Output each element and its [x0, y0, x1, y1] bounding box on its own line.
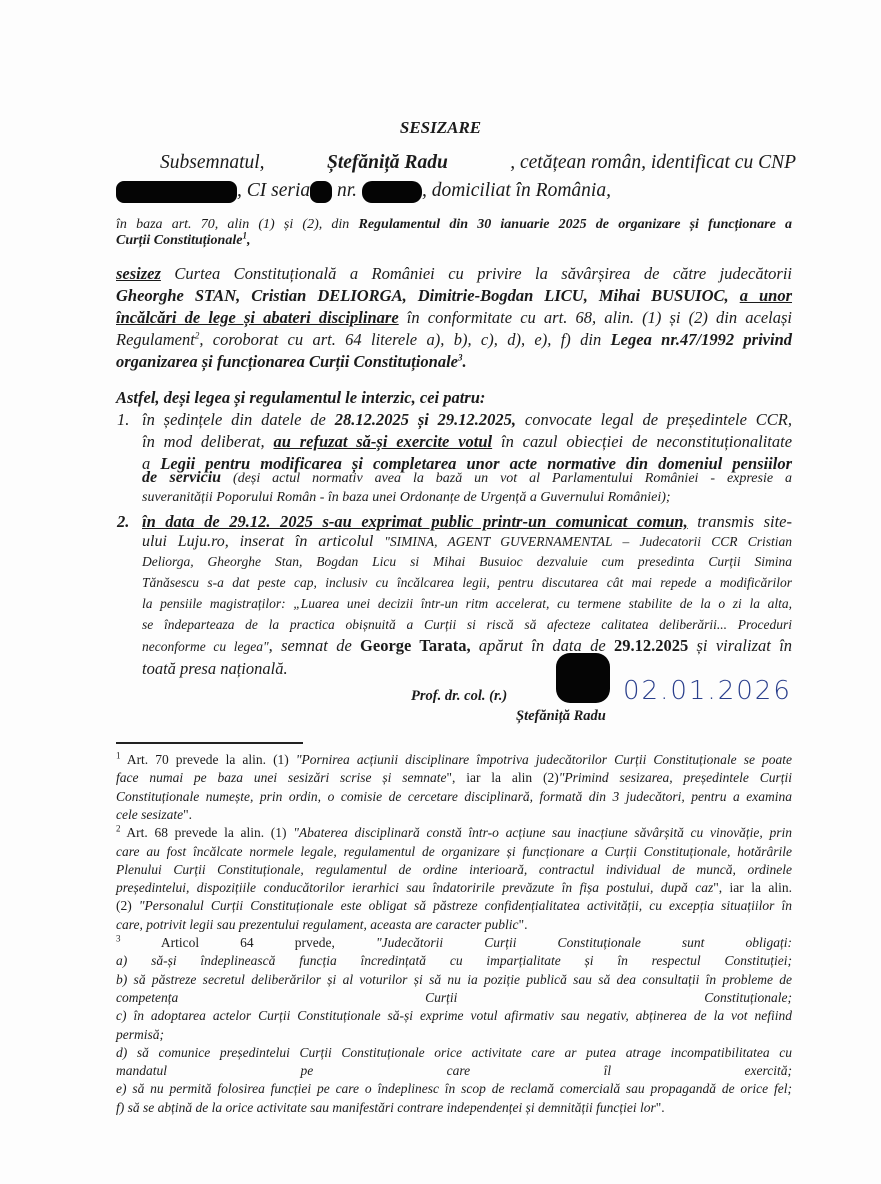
item-1-line-4: de serviciu (deși actul normativ avea la… [142, 469, 792, 487]
document-title: SESIZARE [0, 118, 881, 138]
item-2-number: 2. [117, 512, 129, 532]
judges-names: Gheorghe STAN, Cristian DELIORGA, Dimitr… [116, 286, 729, 305]
footnote-1-line: cele sesizate". [116, 807, 192, 823]
footnote-2-line: Plenului Curții Constituționale, regulam… [116, 862, 792, 878]
item-2-line-3: Deliorga, Gheorghe Stan, Bogdan Licu si … [142, 554, 792, 570]
footnote-1-line: 1 Art. 70 prevede la alin. (1) "Pornirea… [116, 752, 792, 768]
footnote-3-line: 3 Articol 64 prvede, "Judecătorii Curții… [116, 935, 792, 951]
footnote-3-line: permisă; [116, 1027, 792, 1043]
footnote-3-line: competența Curții Constituționale; [116, 990, 792, 1006]
footnote-1-line: Constituționale numește, prin ordin, o c… [116, 789, 792, 805]
basis-line-1: în baza art. 70, alin (1) și (2), din Re… [116, 217, 792, 233]
footnote-3-line: b) să păstreze secretul deliberărilor și… [116, 972, 792, 988]
footnote-3-line: mandatul pe care îl exercită; [116, 1063, 792, 1079]
document-page: SESIZARE Subsemnatul, Ștefăniță Radu , c… [0, 0, 881, 1184]
item-2-line-1: în data de 29.12. 2025 s-au exprimat pub… [142, 512, 792, 532]
redacted-ci-number [362, 181, 422, 203]
intro-line-1: Subsemnatul, Ștefăniță Radu , cetățean r… [160, 152, 796, 174]
item-1-line-1: în ședințele din datele de 28.12.2025 și… [142, 410, 792, 430]
intro-line-2: , CI seria nr. , domiciliat în România, [116, 180, 611, 203]
redacted-ci-series [310, 181, 332, 203]
redacted-signature [556, 653, 610, 703]
item-2-line-8: toată presa națională. [142, 659, 288, 679]
footnote-3-line: e) să nu permită folosirea funcției pe c… [116, 1081, 792, 1097]
footnote-3-line: c) în adoptarea actelor Curții Constituț… [116, 1008, 792, 1024]
item-2-line-5: la pensiile magistraților: „Luarea unei … [142, 596, 792, 612]
item-1-line-5: suveranității Poporului Român - în baza … [142, 490, 671, 506]
item-1-line-2: în mod deliberat, au refuzat să-și exerc… [142, 432, 792, 452]
signature-title: Prof. dr. col. (r.) [411, 688, 507, 705]
complaint-line-5: organizarea și funcționarea Curții Const… [116, 352, 467, 372]
item-2-line-4: Tănăsescu s-a dat peste cap, inclusiv cu… [142, 575, 792, 591]
footnote-3-line: f) să se abțină de la orice activitate s… [116, 1100, 665, 1116]
footnote-2-line: care au fost încălcate normele legale, r… [116, 844, 792, 860]
redacted-cnp [116, 181, 237, 203]
footnote-3-line: a) să-și îndeplinească funcția încredinț… [116, 953, 792, 969]
complaint-line-3: încălcări de lege și abateri disciplinar… [116, 308, 792, 328]
footnote-separator [116, 742, 303, 744]
footnote-3-line: d) să comunice președintelui Curții Cons… [116, 1045, 792, 1061]
footnote-1-line: face numai pe baza unei sesizări scrise … [116, 770, 792, 786]
complaint-line-1: sesizez Curtea Constituțională a Românie… [116, 264, 792, 284]
footnote-2-line: care, potrivit legii sau prezentului reg… [116, 917, 527, 933]
complaint-line-4: Regulament2, coroborat cu art. 64 litere… [116, 330, 792, 350]
footnote-2-line: (2) "Personalul Curții Constituționale e… [116, 898, 792, 914]
basis-line-2: Curții Constituționale1, [116, 233, 250, 249]
footnote-2-line: 2 Art. 68 prevede la alin. (1) "Abaterea… [116, 825, 792, 841]
item-2-line-7: neconforme cu legea", semnat de George T… [142, 636, 792, 656]
thus-heading: Astfel, deși legea și regulamentul le in… [116, 388, 485, 408]
item-1-number: 1. [117, 410, 129, 430]
complaint-line-2: Gheorghe STAN, Cristian DELIORGA, Dimitr… [116, 286, 792, 306]
author-name: Ștefăniță Radu [327, 152, 448, 174]
footnote-2-line: președintelui, dispozițiile conducătoril… [116, 880, 792, 896]
handwritten-date: 02.01.2026 [623, 676, 792, 706]
item-2-line-6: se îndeparteaza de la practica obișnuită… [142, 617, 792, 633]
signature-name: Ștefăniță Radu [516, 708, 606, 725]
item-2-line-2: ului Luju.ro, inserat în articolul "SIMI… [142, 533, 792, 551]
